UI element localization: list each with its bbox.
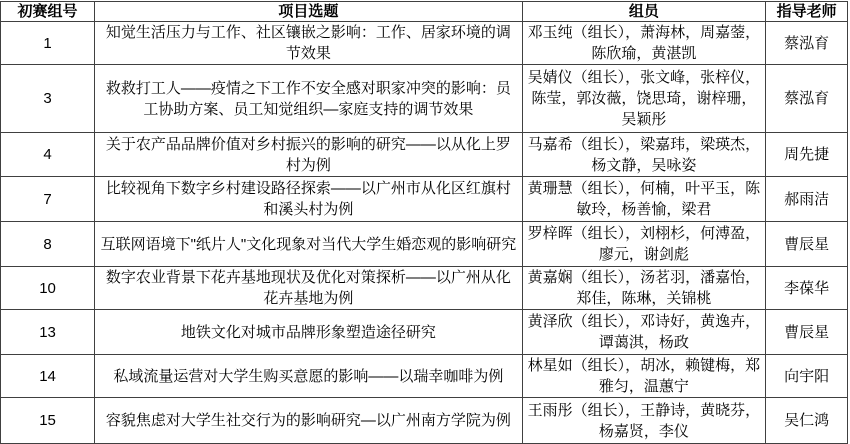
- members-cell: 林星如（组长），胡冰，赖键梅，郑雅匀，温蕙宁: [522, 355, 765, 398]
- table-row: 14 私域流量运营对大学生购买意愿的影响——以瑞幸咖啡为例 林星如（组长），胡冰…: [1, 355, 848, 398]
- table-row: 15 容貌焦虑对大学生社交行为的影响研究—以广州南方学院为例 王雨彤（组长），王…: [1, 398, 848, 444]
- header-members: 组员: [522, 2, 765, 22]
- table-row: 4 关于农产品品牌价值对乡村振兴的影响的研究——以从化上罗村为例 马嘉希（组长）…: [1, 133, 848, 177]
- topic-cell: 比较视角下数字乡村建设路径探索——以广州市从化区红旗村和溪头村为例: [95, 177, 523, 222]
- teacher-cell: 蔡泓育: [766, 65, 848, 133]
- teacher-cell: 蔡泓育: [766, 22, 848, 65]
- teacher-cell: 向宇阳: [766, 355, 848, 398]
- teacher-cell: 吴仁鸿: [766, 398, 848, 444]
- topic-cell: 互联网语境下"纸片人"文化现象对当代大学生婚恋观的影响研究: [95, 222, 523, 267]
- members-cell: 马嘉希（组长），梁嘉玮，梁瑛杰，杨文静，吴咏姿: [522, 133, 765, 177]
- members-cell: 吴婧仪（组长），张文峰，张梓仪，陈莹，郭汝薇，饶思琦，谢梓珊，吴颖彤: [522, 65, 765, 133]
- topic-cell: 知觉生活压力与工作、社区镶嵌之影响：工作、居家环境的调节效果: [95, 22, 523, 65]
- header-group-no: 初赛组号: [1, 2, 95, 22]
- group-no-cell: 4: [1, 133, 95, 177]
- group-no-cell: 3: [1, 65, 95, 133]
- members-cell: 黄嘉娴（组长），汤茗羽，潘嘉怡，郑佳，陈琳，关锦桃: [522, 267, 765, 310]
- group-no-cell: 13: [1, 310, 95, 355]
- topic-cell: 救救打工人——疫情之下工作不安全感对职家冲突的影响：员工协助方案、员工知觉组织—…: [95, 65, 523, 133]
- header-teacher: 指导老师: [766, 2, 848, 22]
- table-row: 1 知觉生活压力与工作、社区镶嵌之影响：工作、居家环境的调节效果 邓玉纯（组长）…: [1, 22, 848, 65]
- teacher-cell: 郝雨洁: [766, 177, 848, 222]
- table-row: 10 数字农业背景下花卉基地现状及优化对策探析——以广州从化花卉基地为例 黄嘉娴…: [1, 267, 848, 310]
- topic-cell: 容貌焦虑对大学生社交行为的影响研究—以广州南方学院为例: [95, 398, 523, 444]
- teacher-cell: 李葆华: [766, 267, 848, 310]
- teacher-cell: 曹辰星: [766, 222, 848, 267]
- group-no-cell: 8: [1, 222, 95, 267]
- topic-cell: 私域流量运营对大学生购买意愿的影响——以瑞幸咖啡为例: [95, 355, 523, 398]
- members-cell: 邓玉纯（组长），萧海林，周嘉蓥，陈欣瑜，黄湛凯: [522, 22, 765, 65]
- table-row: 7 比较视角下数字乡村建设路径探索——以广州市从化区红旗村和溪头村为例 黄珊慧（…: [1, 177, 848, 222]
- group-no-cell: 15: [1, 398, 95, 444]
- teacher-cell: 周先捷: [766, 133, 848, 177]
- members-cell: 罗梓晖（组长），刘栩杉，何溥盈，廖元，谢剑彪: [522, 222, 765, 267]
- members-cell: 黄泽欣（组长），邓诗好，黄逸卉，谭蔼淇，杨政: [522, 310, 765, 355]
- group-no-cell: 7: [1, 177, 95, 222]
- teacher-cell: 曹辰星: [766, 310, 848, 355]
- members-cell: 王雨彤（组长），王静诗，黄晓芬，杨嘉贤，李仪: [522, 398, 765, 444]
- group-no-cell: 1: [1, 22, 95, 65]
- project-roster-table: 初赛组号 项目选题 组员 指导老师 1 知觉生活压力与工作、社区镶嵌之影响：工作…: [0, 1, 848, 444]
- table-row: 8 互联网语境下"纸片人"文化现象对当代大学生婚恋观的影响研究 罗梓晖（组长），…: [1, 222, 848, 267]
- topic-cell: 地铁文化对城市品牌形象塑造途径研究: [95, 310, 523, 355]
- members-cell: 黄珊慧（组长），何楠，叶平玉，陈敏玲，杨善愉，梁君: [522, 177, 765, 222]
- group-no-cell: 10: [1, 267, 95, 310]
- group-no-cell: 14: [1, 355, 95, 398]
- topic-cell: 数字农业背景下花卉基地现状及优化对策探析——以广州从化花卉基地为例: [95, 267, 523, 310]
- table-row: 3 救救打工人——疫情之下工作不安全感对职家冲突的影响：员工协助方案、员工知觉组…: [1, 65, 848, 133]
- header-row: 初赛组号 项目选题 组员 指导老师: [1, 2, 848, 22]
- topic-cell: 关于农产品品牌价值对乡村振兴的影响的研究——以从化上罗村为例: [95, 133, 523, 177]
- header-topic: 项目选题: [95, 2, 523, 22]
- table-row: 13 地铁文化对城市品牌形象塑造途径研究 黄泽欣（组长），邓诗好，黄逸卉，谭蔼淇…: [1, 310, 848, 355]
